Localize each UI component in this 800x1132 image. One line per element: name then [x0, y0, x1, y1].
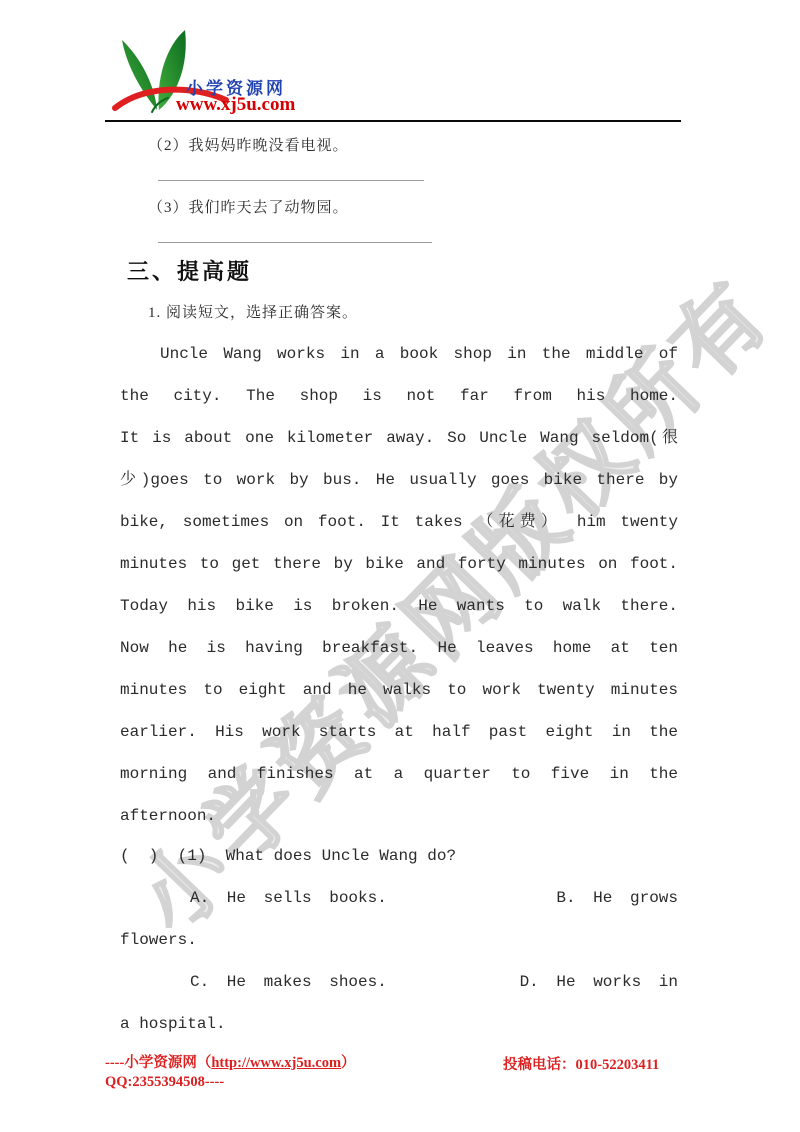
section-heading: 三、提高题 [127, 255, 252, 286]
question-1: ( ) (1) What does Uncle Wang do? [120, 842, 456, 870]
option-b: B. He grows [556, 884, 678, 912]
footer-url-link[interactable]: http://www.xj5u.com [211, 1055, 341, 1071]
passage-line: minutes to eight and he walks to work tw… [120, 669, 678, 711]
footer-qq: QQ:2355394508---- [105, 1074, 224, 1091]
passage-line: afternoon. [120, 795, 678, 837]
option-row-ab: A. He sells books. B. He grows [120, 884, 678, 912]
site-url-link[interactable]: www.xj5u.com [176, 94, 295, 116]
footer-left: ----小学资源网（http://www.xj5u.com） [105, 1051, 356, 1072]
passage-line: 少)goes to work by bus. He usually goes b… [120, 459, 678, 501]
option-d-wrap: a hospital. [120, 1010, 226, 1038]
passage-line: earlier. His work starts at half past ei… [120, 711, 678, 753]
option-d: D. He works in [520, 968, 678, 996]
option-row-cd: C. He makes shoes. D. He works in [120, 968, 678, 996]
footer-contact-phone: 投稿电话：010-52203411 [503, 1053, 659, 1074]
option-a: A. He sells books. [190, 884, 387, 912]
footer-left-suffix: ） [341, 1055, 356, 1071]
footer-left-prefix: ----小学资源网（ [105, 1055, 211, 1071]
exercise-item-2: （2）我妈妈昨晚没看电视。 [148, 134, 349, 155]
answer-blank-1 [158, 180, 424, 181]
passage-line: bike, sometimes on foot. It takes （花费） h… [120, 501, 678, 543]
answer-blank-2 [158, 242, 432, 243]
passage-line: Today his bike is broken. He wants to wa… [120, 585, 678, 627]
exercise-item-3: （3）我们昨天去了动物园。 [148, 196, 349, 217]
option-b-wrap: flowers. [120, 926, 197, 954]
header-divider [105, 120, 681, 122]
option-c: C. He makes shoes. [190, 968, 387, 996]
section-instruction: 1. 阅读短文，选择正确答案。 [148, 301, 358, 322]
passage-line: Now he is having breakfast. He leaves ho… [120, 627, 678, 669]
passage-line: It is about one kilometer away. So Uncle… [120, 417, 678, 459]
passage-line: the city. The shop is not far from his h… [120, 375, 678, 417]
passage-line: minutes to get there by bike and forty m… [120, 543, 678, 585]
passage: Uncle Wang works in a book shop in the m… [120, 333, 678, 837]
passage-line: morning and finishes at a quarter to fiv… [120, 753, 678, 795]
passage-line: Uncle Wang works in a book shop in the m… [120, 333, 678, 375]
worksheet-page: 小学资源网版权所有 小学资源网 www.xj5u.com （2）我妈妈昨晚没看电… [0, 0, 800, 1132]
